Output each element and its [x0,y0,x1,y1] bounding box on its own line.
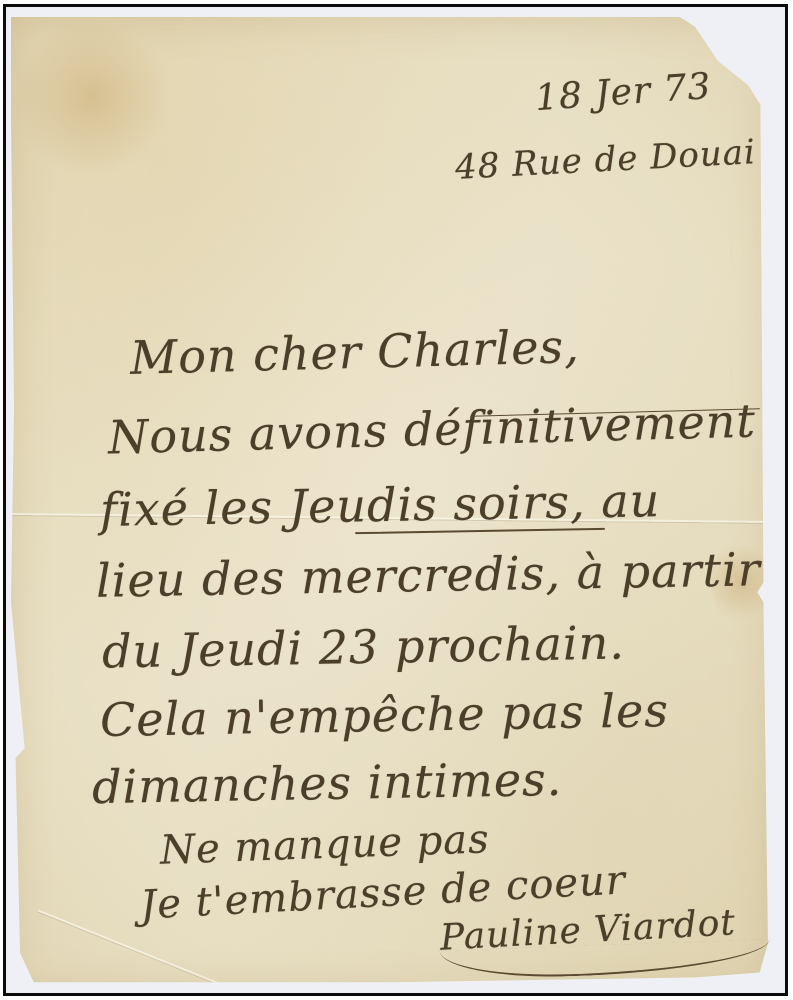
paper-stain [11,17,171,177]
letter-body-line: du Jeudi 23 prochain. [102,615,626,678]
letter-body-line: Cela n'empêche pas les [100,683,670,747]
letter-body-line: dimanches intimes. [92,752,563,814]
